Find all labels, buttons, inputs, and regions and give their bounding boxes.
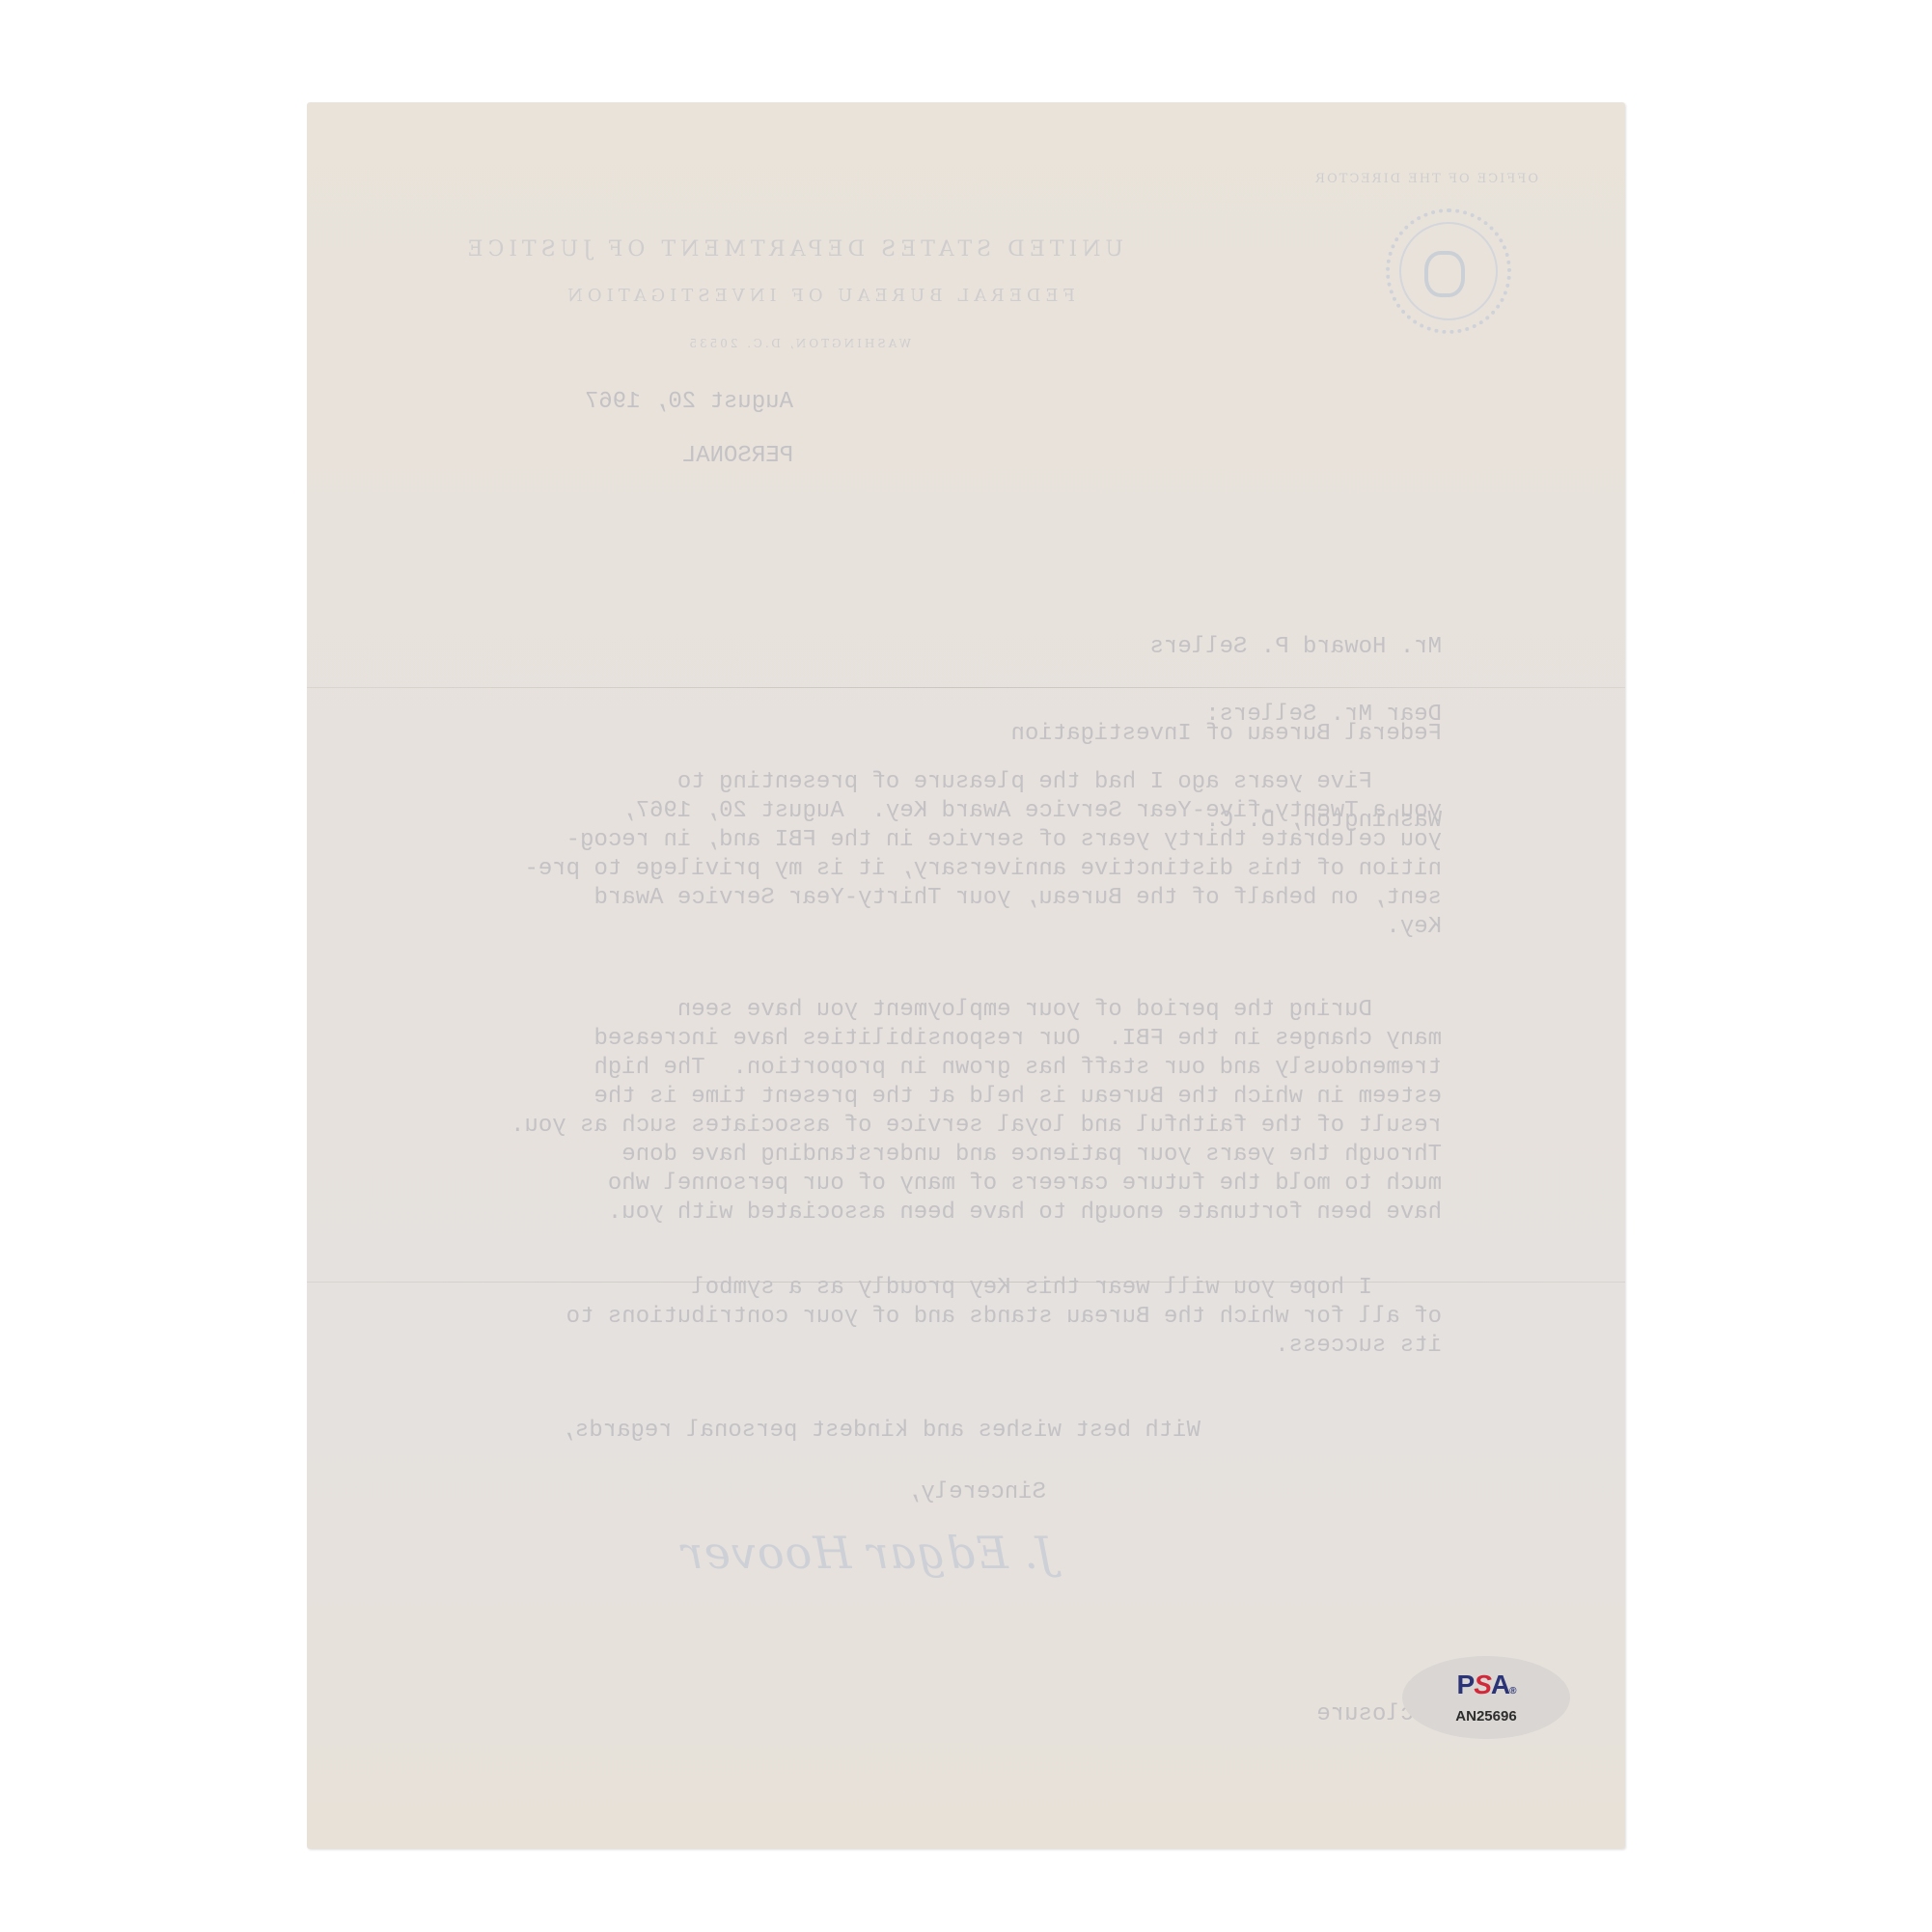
letter-paper: OFFICE OF THE DIRECTOR UNITED STATES DEP…: [307, 102, 1625, 1849]
letterhead-city: WASHINGTON, D.C. 20535: [686, 337, 911, 350]
letter-marking: PERSONAL: [682, 442, 793, 471]
letterhead-office: OFFICE OF THE DIRECTOR: [1313, 172, 1538, 186]
salutation: Dear Mr. Sellers:: [1205, 701, 1442, 730]
paragraph-line: much to mold the future careers of many …: [477, 1170, 1442, 1199]
paragraph-line: sent, on behalf of the Bureau, your Thir…: [477, 884, 1442, 913]
paragraph: During the period of your employment you…: [477, 996, 1442, 1228]
closing-line: With best wishes and kindest personal re…: [561, 1417, 1201, 1446]
paragraph-line: many changes in the FBI. Our responsibil…: [477, 1025, 1442, 1054]
paragraph-line: tremendously and our staff has grown in …: [477, 1054, 1442, 1083]
letterhead-bureau: FEDERAL BUREAU OF INVESTIGATION: [563, 286, 1075, 306]
paragraph-line: you celebrate thirty years of service in…: [477, 826, 1442, 855]
signoff: Sincerely,: [907, 1478, 1046, 1507]
paragraph-line: nition of this distinctive anniversary, …: [477, 855, 1442, 884]
mirrored-letter-content: OFFICE OF THE DIRECTOR UNITED STATES DEP…: [307, 102, 1625, 1849]
paragraph-line: I hope you will wear this Key proudly as…: [477, 1274, 1442, 1303]
paragraph: I hope you will wear this Key proudly as…: [477, 1274, 1442, 1361]
paragraph-line: esteem in which the Bureau is held at th…: [477, 1083, 1442, 1112]
paragraph-line: of all for which the Bureau stands and o…: [477, 1303, 1442, 1332]
signature: J. Edgar Hoover: [681, 1527, 1054, 1579]
recipient-line: Mr. Howard P. Sellers: [1011, 633, 1442, 662]
psa-authentication-sticker: PSA® AN25696: [1402, 1656, 1570, 1739]
paragraph-line: During the period of your employment you…: [477, 996, 1442, 1025]
paragraph-line: result of the faithful and loyal service…: [477, 1112, 1442, 1141]
paragraph-line: you a Twenty-five-Year Service Award Key…: [477, 797, 1442, 826]
psa-cert-number: AN25696: [1455, 1708, 1516, 1725]
fbi-seal-icon: [1386, 208, 1511, 334]
paragraph-line: Five years ago I had the pleasure of pre…: [477, 768, 1442, 797]
paragraph-line: Through the years your patience and unde…: [477, 1141, 1442, 1170]
letter-date: August 20, 1967: [585, 388, 793, 417]
paragraph-line: have been fortunate enough to have been …: [477, 1199, 1442, 1228]
paragraph-line: its success.: [477, 1332, 1442, 1361]
letterhead-department: UNITED STATES DEPARTMENT OF JUSTICE: [462, 237, 1123, 262]
paragraph: Five years ago I had the pleasure of pre…: [477, 768, 1442, 942]
psa-logo: PSA®: [1457, 1670, 1516, 1706]
paragraph-line: Key.: [477, 913, 1442, 942]
